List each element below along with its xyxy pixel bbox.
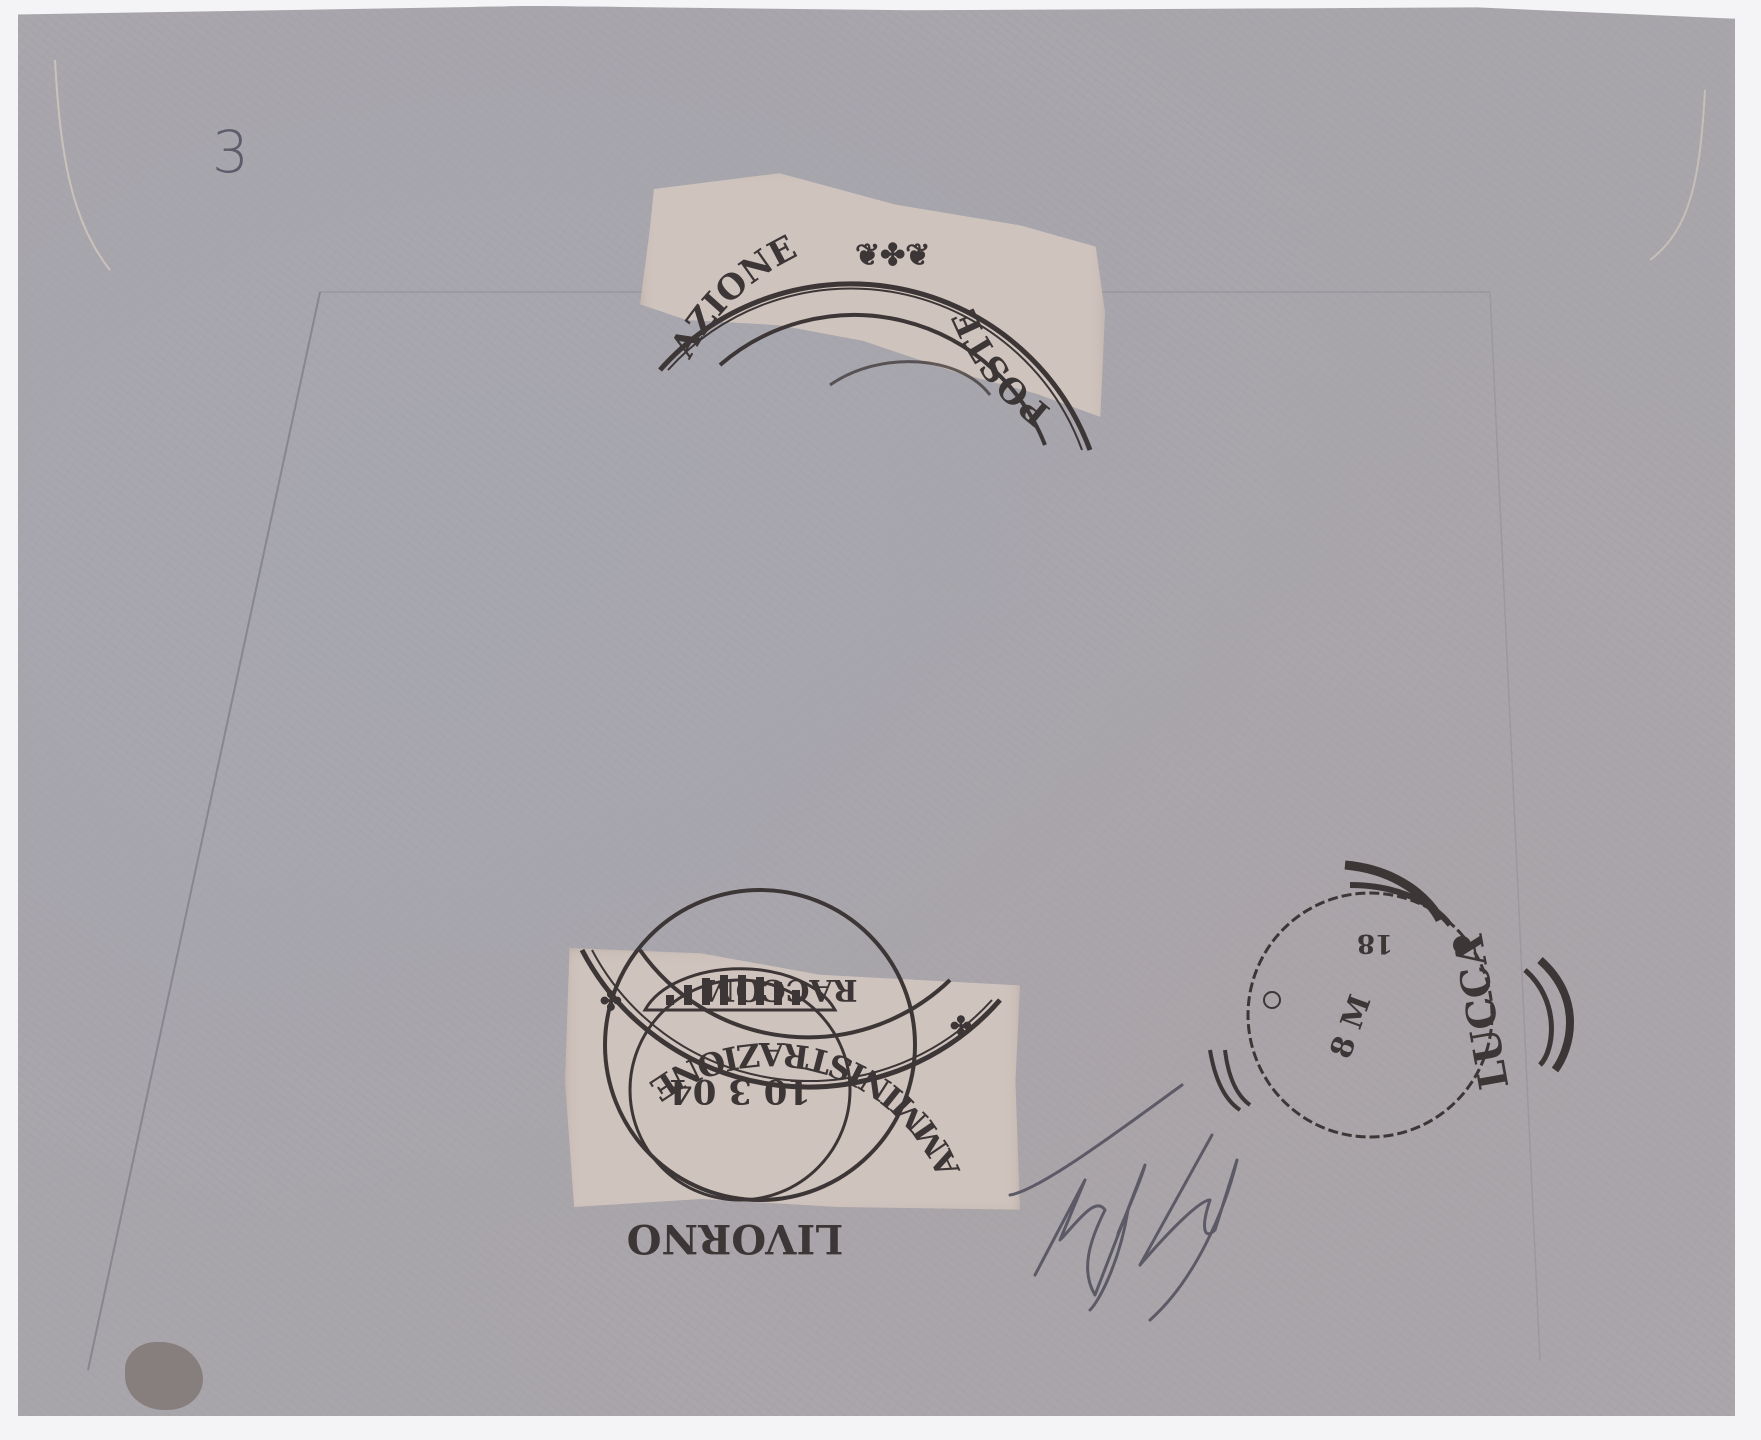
handwritten-signature [0,0,1761,1440]
